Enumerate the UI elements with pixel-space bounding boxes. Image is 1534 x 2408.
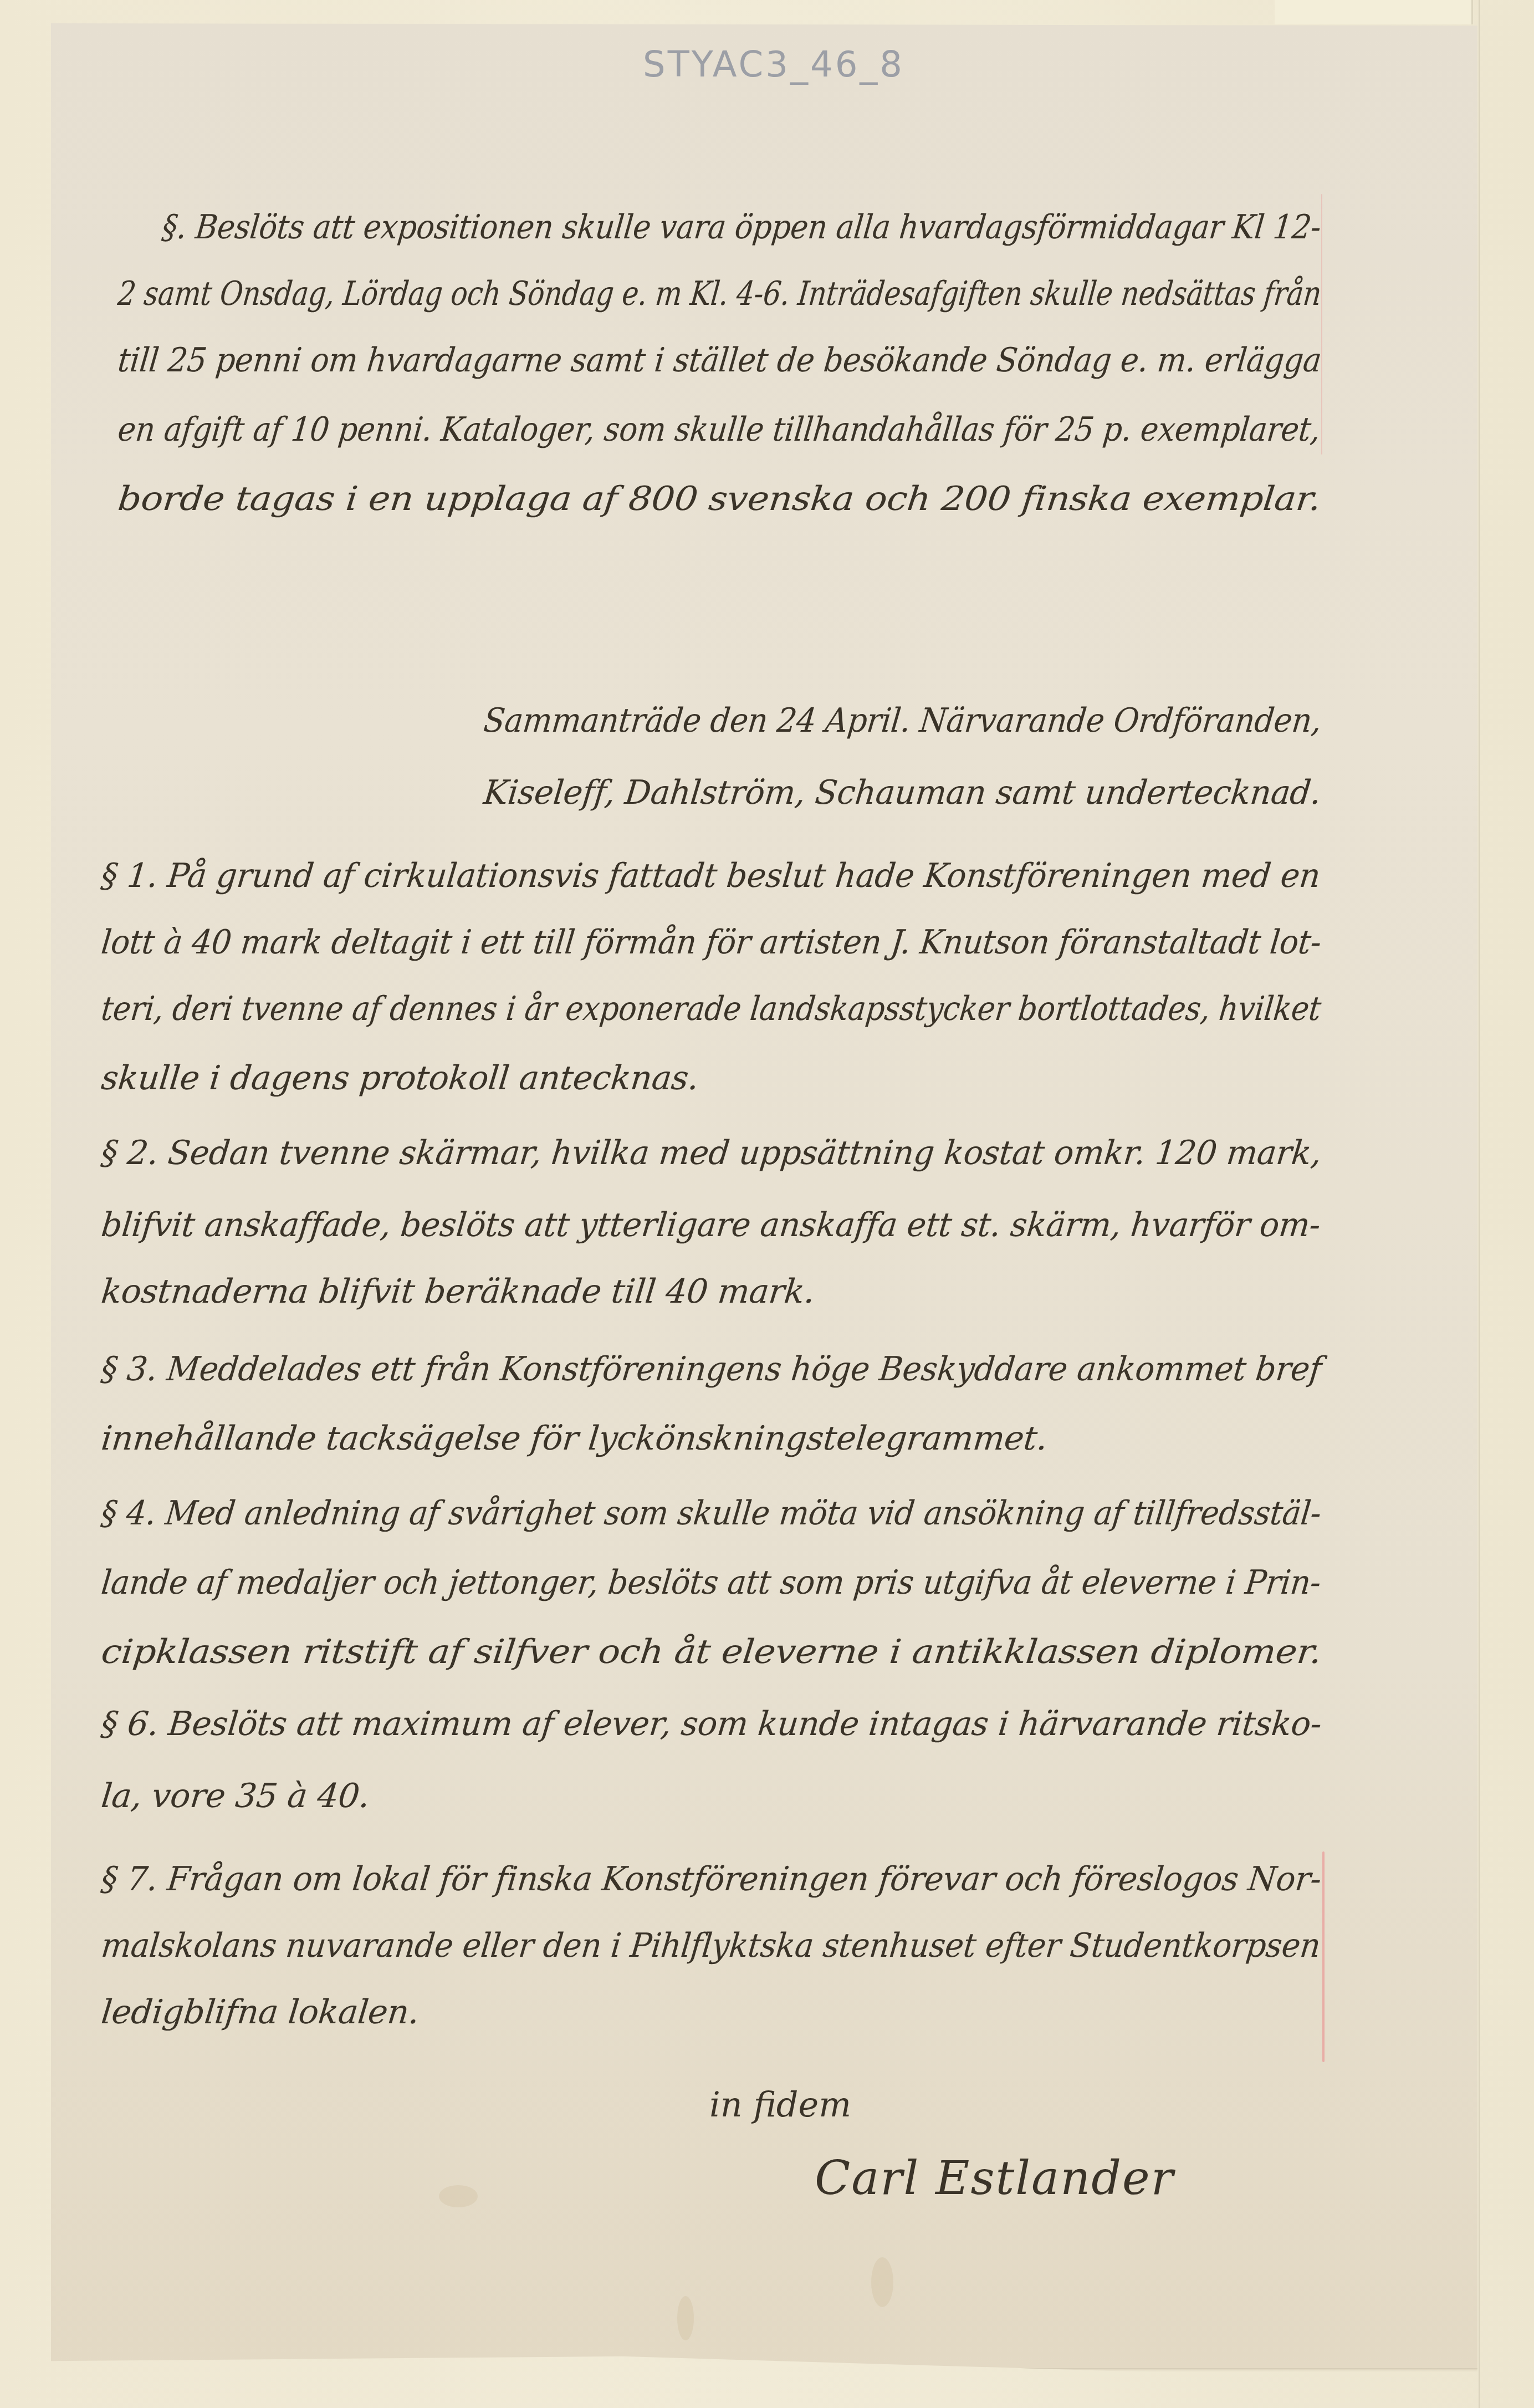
text-line: skulle i dagens protokoll antecknas.: [100, 1062, 700, 1095]
paper-stain: [677, 2296, 694, 2340]
text-line: innehållande tacksägelse för lyckönsknin…: [100, 1422, 1049, 1455]
text-line: lott à 40 mark deltagit i ett till förmå…: [100, 926, 1323, 959]
attendees-line: Kiseleff, Dahlström, Schauman samt under…: [482, 776, 1322, 809]
text-line: cipklassen ritstift af silfver och åt el…: [100, 1635, 1323, 1669]
mount-top-strip: [1275, 0, 1473, 24]
text-line: 2 samt Onsdag, Lördag och Söndag e. m Kl…: [116, 277, 1323, 310]
text-line: § 3. Meddelades ett från Konstföreningen…: [100, 1353, 1323, 1386]
text-line: § 7. Frågan om lokal för finska Konstför…: [100, 1863, 1323, 1896]
archive-reference-code: STYAC3_46_8: [643, 44, 904, 85]
text-line: § 4. Med anledning af svårighet som skul…: [100, 1497, 1323, 1530]
signature: Carl Estlander: [815, 2151, 1174, 2205]
attestation-text: in fidem: [709, 2084, 851, 2125]
text-line: en afgift af 10 penni. Kataloger, som sk…: [116, 413, 1322, 446]
text-line: lande af medaljer och jettonger, beslöts…: [100, 1566, 1322, 1599]
text-line: borde tagas i en upplaga af 800 svenska …: [116, 482, 1322, 516]
meeting-date-line: Sammanträde den 24 April. Närvarande Ord…: [482, 704, 1323, 737]
red-margin-mark-bottom: [1322, 1851, 1325, 2062]
text-line: § 2. Sedan tvenne skärmar, hvilka med up…: [100, 1136, 1323, 1170]
text-line: blifvit anskaffade, beslöts att ytterlig…: [100, 1208, 1322, 1242]
text-line: ledigblifna lokalen.: [100, 1996, 421, 2029]
text-line: kostnaderna blifvit beräknade till 40 ma…: [100, 1275, 816, 1308]
text-line: la, vore 35 à 40.: [100, 1779, 371, 1813]
mount-edge: [1479, 0, 1480, 2408]
text-line: teri, deri tvenne af dennes i år exponer…: [100, 992, 1322, 1026]
paper-stain: [439, 2185, 478, 2207]
text-line: malskolans nuvarande eller den i Pihlfly…: [100, 1929, 1322, 1962]
text-line: §. Beslöts att expositionen skulle vara …: [161, 211, 1322, 244]
text-line: § 6. Beslöts att maximum af elever, som …: [100, 1707, 1323, 1741]
paper-stain: [871, 2257, 893, 2307]
text-line: till 25 penni om hvardagarne samt i stäl…: [116, 344, 1323, 377]
text-line: § 1. På grund af cirkulationsvis fattadt…: [100, 859, 1322, 892]
